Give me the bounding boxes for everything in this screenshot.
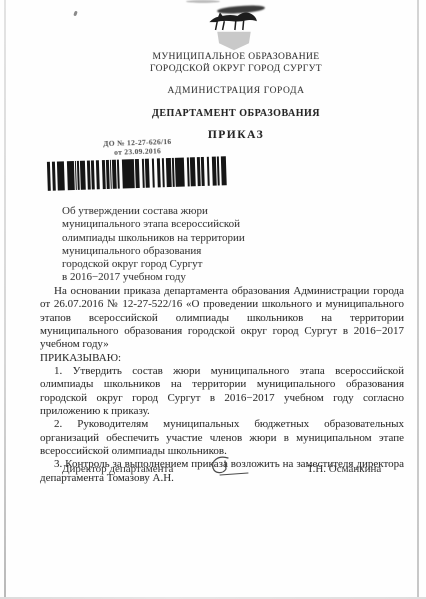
order-item-2: 2. Руководителям муниципальных бюджетных… [40,418,404,458]
scan-speck [73,11,78,17]
order-item-1: 1. Утвердить состав жюри муниципального … [40,365,404,418]
surgut-fox-emblem-icon [203,8,265,52]
preamble-paragraph: На основании приказа департамента образо… [40,285,404,352]
signer-position: Директор департамента [62,463,173,475]
page-edge-left [4,0,6,599]
registration-stamp: ДО № 12-27-626/16 от 23.09.2016 [46,136,229,191]
scanned-order-document: МУНИЦИПАЛЬНОЕ ОБРАЗОВАНИЕ ГОРОДСКОЙ ОКРУ… [0,0,426,599]
org-name-line2: ГОРОДСКОЙ ОКРУГ ГОРОД СУРГУТ [46,64,426,74]
signer-name: Т.Н. Османкина [307,463,381,475]
order-subject: Об утверждении состава жюри муниципально… [62,205,277,285]
signature-mark-icon [208,455,254,479]
org-name-line1: МУНИЦИПАЛЬНОЕ ОБРАЗОВАНИЕ [46,52,426,62]
department-line: ДЕПАРТАМЕНТ ОБРАЗОВАНИЯ [46,108,426,119]
barcode-icon [47,156,228,191]
decree-word: ПРИКАЗЫВАЮ: [40,352,404,365]
scan-smudge-faint [186,0,220,3]
administration-line: АДМИНИСТРАЦИЯ ГОРОДА [46,86,426,96]
